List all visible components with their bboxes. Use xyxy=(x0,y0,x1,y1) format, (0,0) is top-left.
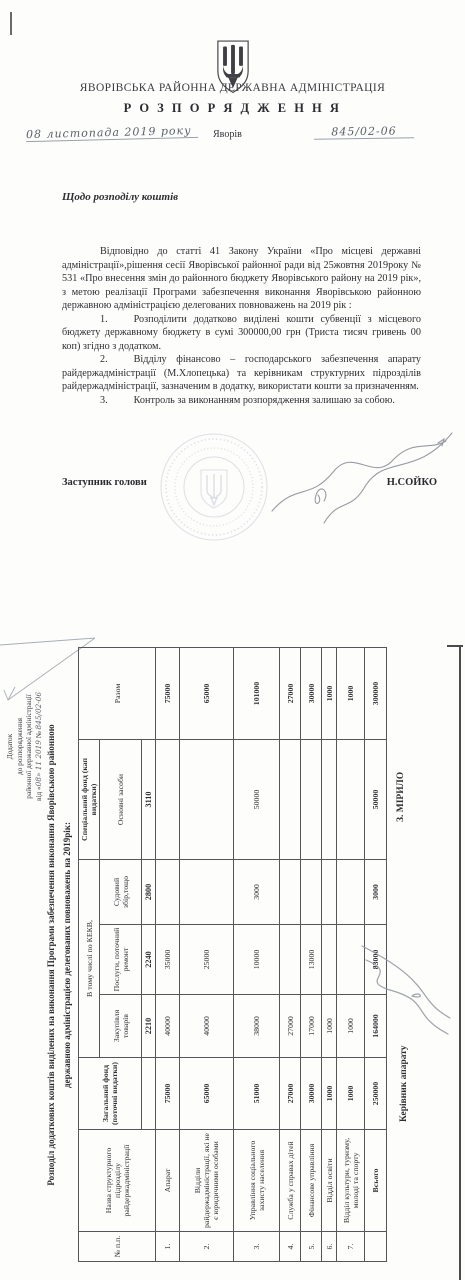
corner-line-2: до розпорядження xyxy=(15,644,25,849)
corner-from-label: від « xyxy=(34,786,43,801)
table-row: 1. Апарат 75000 40000 35000 75000 xyxy=(156,648,180,1262)
kekv-2210-value: 1000 xyxy=(322,995,337,1058)
corner-line-1: Додаток xyxy=(5,644,15,849)
col-subheader-goods: Закупівля товарів xyxy=(100,995,142,1058)
kekv-3110-value xyxy=(322,740,337,860)
table-row: 5. Фінансове управління 30000 17000 1300… xyxy=(301,648,322,1262)
kekv-3110-value xyxy=(180,740,234,860)
kekv-2800-total: 3000 xyxy=(365,860,387,925)
appendix-signer-title: Керівник апарату xyxy=(399,1045,409,1122)
total-label: Всього xyxy=(365,1130,387,1232)
document-type-title: Р О З П О Р Я Д Ж Е Н Н Я xyxy=(0,101,465,116)
general-fund-value: 30000 xyxy=(301,1058,322,1130)
kekv-3110-value xyxy=(301,740,322,860)
general-fund-value: 65000 xyxy=(180,1058,234,1130)
corner-line-4: від «08» 11 2019 № 845/02-06 xyxy=(34,644,44,849)
general-fund-total: 250000 xyxy=(365,1058,387,1130)
row-total: 27000 xyxy=(280,648,301,740)
row-number: 4. xyxy=(280,1232,301,1262)
scanned-document-page: ЯВОРІВСЬКА РАЙОННА ДЕРЖАВНА АДМІНІСТРАЦІ… xyxy=(0,0,465,1280)
kekv-2800-value: 3000 xyxy=(234,860,280,925)
order-item-1: 1.Розподілити додатково виділені кошти с… xyxy=(62,313,421,354)
row-total: 1000 xyxy=(337,648,365,740)
corner-no-label: № xyxy=(34,731,43,738)
row-number: 7. xyxy=(337,1232,365,1262)
kekv-3110-total: 50000 xyxy=(365,740,387,860)
kekv-2800-value xyxy=(280,860,301,925)
appendix-corner-reference: Додаток до розпорядження районної держав… xyxy=(5,644,43,849)
item-text: Розподілити додатково виділені кошти суб… xyxy=(62,314,421,352)
scan-page-edge-tick xyxy=(447,645,463,647)
kekv-3110-value xyxy=(156,740,180,860)
kekv-2210-value: 27000 xyxy=(280,995,301,1058)
kekv-2800-value xyxy=(180,860,234,925)
kekv-2210-value: 40000 xyxy=(156,995,180,1058)
signer-name: Н.СОЙКО xyxy=(387,477,437,488)
kekv-2800-value xyxy=(322,860,337,925)
grand-total: 300000 xyxy=(365,648,387,740)
corner-date-handwritten: 08» 11 2019 xyxy=(34,740,43,786)
row-total: 1000 xyxy=(322,648,337,740)
kekv-2240-value: 10000 xyxy=(234,925,280,995)
row-total: 101000 xyxy=(234,648,280,740)
row-total: 75000 xyxy=(156,648,180,740)
item-number: 2. xyxy=(100,354,108,365)
kekv-2240-value: 35000 xyxy=(156,925,180,995)
row-number: 2. xyxy=(180,1232,234,1262)
handwritten-doc-number: 845/02-06 xyxy=(314,124,414,139)
kekv-2240-value: 13000 xyxy=(301,925,322,995)
table-row: 4. Служба у справах дітей 27000 27000 27… xyxy=(280,648,301,1262)
general-fund-value: 75000 xyxy=(156,1058,180,1130)
item-text: Контроль за виконанням розпорядження зал… xyxy=(134,395,395,406)
organization-name: ЯВОРІВСЬКА РАЙОННА ДЕРЖАВНА АДМІНІСТРАЦІ… xyxy=(0,82,465,94)
signature-row: Заступник голови Н.СОЙКО xyxy=(62,477,437,488)
general-fund-value: 51000 xyxy=(234,1058,280,1130)
kekv-2210-value: 17000 xyxy=(301,995,322,1058)
item-text: Відділу фінансово – господарського забез… xyxy=(62,354,421,392)
col-subheader-services: Послуги, поточний ремонт xyxy=(100,925,142,995)
order-body: Відповідно до статті 41 Закону України «… xyxy=(62,245,421,407)
table-row: 6. Відділ освіти 1000 1000 1000 xyxy=(322,648,337,1262)
col-subheader-court-fee: Судовий збір,тощо xyxy=(100,860,142,925)
unit-name: Фінансове управління xyxy=(301,1130,322,1232)
appendix-title-line-1: Розподіл додаткових коштів виділених на … xyxy=(46,658,57,1252)
table-row: 2. Відділи райдержадміністрації, які не … xyxy=(180,648,234,1262)
row-number: 1. xyxy=(156,1232,180,1262)
appendix-signer-name: З. МІРИЛО xyxy=(396,772,406,822)
kekv-2240-value: 25000 xyxy=(180,925,234,995)
intro-paragraph: Відповідно до статті 41 Закону України «… xyxy=(62,245,421,313)
row-number: 6. xyxy=(322,1232,337,1262)
appendix-rotated-page: Додаток до розпорядження районної держав… xyxy=(0,630,465,1280)
item-number: 3. xyxy=(100,395,108,406)
kekv-3110-value xyxy=(280,740,301,860)
unit-name: Відділ освіти xyxy=(322,1130,337,1232)
col-header-no: № п.п. xyxy=(79,1232,156,1262)
col-subheader-fixed-assets: Основні засоби xyxy=(100,740,142,860)
kekv-2800-value xyxy=(337,860,365,925)
unit-name: Відділ культури, туризму, молоді та спор… xyxy=(337,1130,365,1232)
col-header-name: Назва структурного підрозділу райдержадм… xyxy=(79,1130,156,1232)
appendix-handwritten-signature xyxy=(352,938,456,1042)
place-name: Яворів xyxy=(213,129,242,140)
general-fund-value: 27000 xyxy=(280,1058,301,1130)
order-item-3: 3.Контроль за виконанням розпорядження з… xyxy=(62,394,421,408)
general-fund-value: 1000 xyxy=(337,1058,365,1130)
col-header-total: Разом xyxy=(79,648,156,740)
scan-corner-mark xyxy=(10,12,12,35)
code-2240: 2240 xyxy=(142,925,156,995)
row-number: 5. xyxy=(301,1232,322,1262)
kekv-2800-value xyxy=(301,860,322,925)
code-cell-empty xyxy=(142,1058,156,1130)
row-total: 30000 xyxy=(301,648,322,740)
code-2210: 2210 xyxy=(142,995,156,1058)
corner-line-3: районної державної адміністрації xyxy=(24,644,34,849)
general-fund-value: 1000 xyxy=(322,1058,337,1130)
kekv-3110-value: 50000 xyxy=(234,740,280,860)
kekv-2240-value xyxy=(322,925,337,995)
signer-title: Заступник голови xyxy=(62,477,147,488)
order-item-2: 2.Відділу фінансово – господарського заб… xyxy=(62,353,421,394)
row-number: 3. xyxy=(234,1232,280,1262)
unit-name: Апарат xyxy=(156,1130,180,1232)
unit-name: Відділи райдержадміністрації, які не є ю… xyxy=(180,1130,234,1232)
unit-name: Служба у справах дітей xyxy=(280,1130,301,1232)
code-2800: 2800 xyxy=(142,860,156,925)
kekv-2210-value: 38000 xyxy=(234,995,280,1058)
unit-name: Управління соціального захисту населення xyxy=(234,1130,280,1232)
corner-number-handwritten: 845/02-06 xyxy=(34,692,43,729)
col-header-special-fund: Спеціальний фонд (кап видатки) xyxy=(79,740,100,860)
row-number xyxy=(365,1232,387,1262)
kekv-2210-value: 40000 xyxy=(180,995,234,1058)
handwritten-date: 08 листопада 2019 року xyxy=(26,124,198,142)
scan-page-edge-line xyxy=(459,647,461,1280)
kekv-2800-value xyxy=(156,860,180,925)
subject-line: Щодо розподілу коштів xyxy=(62,191,178,203)
col-header-general-fund: Загальний фонд (поточні видатки) xyxy=(79,1058,142,1130)
row-total: 65000 xyxy=(180,648,234,740)
kekv-2240-value xyxy=(280,925,301,995)
appendix-title-line-2: державною адміністрацією делегованих пов… xyxy=(62,658,73,1252)
col-header-kekv-group: В тому числі по КЕКВ, xyxy=(79,860,100,1058)
table-row: 3. Управління соціального захисту населе… xyxy=(234,648,280,1262)
item-number: 1. xyxy=(100,314,108,325)
budget-allocation-table: № п.п. Назва структурного підрозділу рай… xyxy=(78,647,387,1262)
code-3110: 3110 xyxy=(142,740,156,860)
kekv-3110-value xyxy=(337,740,365,860)
